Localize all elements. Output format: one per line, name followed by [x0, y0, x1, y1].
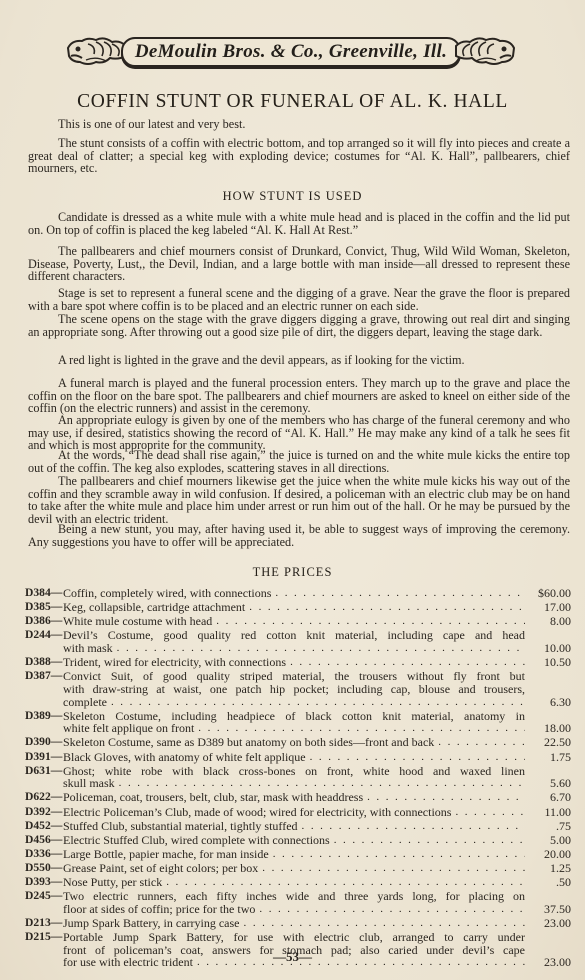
how-used-paragraph: Stage is set to represent a funeral scen… [28, 287, 570, 312]
price-item: D387—Convict Suit, of good quality strip… [25, 670, 571, 708]
dot-leader: . . . . . . . . . . . . . . . . . . . . … [310, 751, 525, 764]
price-item: D622—Policeman, coat, trousers, belt, cl… [25, 791, 571, 804]
dot-leader: . . . . . . . . . . . . . . . . . . . . … [262, 862, 525, 875]
price-item: D391—Black Gloves, with anatomy of white… [25, 751, 571, 764]
price-item: D390—Skeleton Costume, same as D389 but … [25, 736, 571, 749]
item-description: Electric Stuffed Club, wired complete wi… [63, 834, 330, 847]
intro-text: This is one of our latest and very best. [58, 117, 246, 132]
item-price: 18.00 [525, 722, 571, 735]
how-used-paragraph: The scene opens on the stage with the gr… [28, 313, 570, 338]
item-description: Jump Spark Battery, in carrying case [63, 917, 240, 930]
item-price: 6.70 [525, 791, 571, 804]
price-item: D389—Skeleton Costume, including headpie… [25, 710, 571, 735]
price-item: D456—Electric Stuffed Club, wired comple… [25, 834, 571, 847]
item-price: .50 [525, 876, 571, 889]
item-price: 10.00 [525, 642, 571, 655]
item-price: 8.00 [525, 615, 571, 628]
how-used-paragraph: The pallbearers and chief mourners likew… [28, 475, 570, 525]
item-price: 5.00 [525, 834, 571, 847]
item-description: Black Gloves, with anatomy of white felt… [63, 751, 306, 764]
dot-leader: . . . . . . . . . . . . . . . . . . . . … [166, 876, 525, 889]
price-item: D631—Ghost; white robe with black cross-… [25, 765, 571, 790]
dot-leader: . . . . . . . . . . . . . . . . . . . . … [117, 642, 525, 655]
how-used-paragraph: A funeral march is played and the funera… [28, 377, 570, 415]
item-code: D393— [25, 876, 63, 889]
item-code: D392— [25, 806, 63, 819]
item-code: D385— [25, 601, 63, 614]
item-price: 11.00 [525, 806, 571, 819]
item-code: D386— [25, 615, 63, 628]
item-description-line: Ghost; white robe with black cross-bones… [63, 765, 571, 778]
how-used-paragraph: Being a new stunt, you may, after having… [28, 523, 570, 548]
catalog-page: DeMoulin Bros. & Co., Greenville, Ill. C… [0, 0, 585, 980]
item-price: 1.25 [525, 862, 571, 875]
item-price: 22.50 [525, 736, 571, 749]
page-number: —53— [0, 949, 585, 965]
price-item: D393—Nose Putty, per stick. . . . . . . … [25, 876, 571, 889]
dot-leader: . . . . . . . . . . . . . . . . . . . . … [302, 820, 525, 833]
how-used-paragraph: At the words, “The dead shall rise again… [28, 449, 570, 474]
dot-leader: . . . . . . . . . . . . . . . . . . . . … [275, 587, 525, 600]
item-code: D213— [25, 917, 63, 930]
lion-head-ornament-icon [66, 34, 128, 68]
item-price: $60.00 [525, 587, 571, 600]
item-description: skull mask [63, 777, 115, 790]
dot-leader: . . . . . . . . . . . . . . . . . . . . … [244, 917, 525, 930]
banner-frame: DeMoulin Bros. & Co., Greenville, Ill. [121, 37, 461, 67]
price-item: D384—Coffin, completely wired, with conn… [25, 587, 571, 600]
item-price: .75 [525, 820, 571, 833]
item-description: White mule costume with head [63, 615, 212, 628]
dot-leader: . . . . . . . . . . . . . . . . . . . . … [216, 615, 525, 628]
item-price: 23.00 [525, 917, 571, 930]
dot-leader: . . . . . . . . . . . . . . . . . . . . … [259, 903, 525, 916]
page-title: COFFIN STUNT OR FUNERAL OF AL. K. HALL [0, 91, 585, 113]
price-item: D452—Stuffed Club, substantial material,… [25, 820, 571, 833]
item-description: white felt applique on front [63, 722, 194, 735]
dot-leader: . . . . . . . . . . . . . . . . . . . . … [290, 656, 525, 669]
item-price: 6.30 [525, 696, 571, 709]
item-price: 5.60 [525, 777, 571, 790]
item-description-line: Two electric runners, each fifty inches … [63, 890, 571, 903]
item-description: Electric Policeman’s Club, made of wood;… [63, 806, 451, 819]
item-code: D336— [25, 848, 63, 861]
item-description-line: Portable Jump Spark Battery, for use wit… [63, 931, 571, 944]
description-paragraph: The stunt consists of a coffin with elec… [28, 137, 570, 175]
item-description-line: Devil’s Costume, good quality red cotton… [63, 629, 571, 642]
dot-leader: . . . . . . . . . . . . . . . . . . . . … [111, 696, 525, 709]
dot-leader: . . . . . . . . . . . . . . . . . . . . … [119, 777, 525, 790]
item-price: 20.00 [525, 848, 571, 861]
item-code: D631— [25, 765, 63, 790]
price-item: D386—White mule costume with head. . . .… [25, 615, 571, 628]
item-description: Coffin, completely wired, with connectio… [63, 587, 271, 600]
how-used-paragraph: An appropriate eulogy is given by one of… [28, 414, 570, 452]
price-item: D385—Keg, collapsible, cartridge attachm… [25, 601, 571, 614]
dot-leader: . . . . . . . . . . . . . . . . . . . . … [367, 791, 525, 804]
item-description: complete [63, 696, 107, 709]
price-item: D392—Electric Policeman’s Club, made of … [25, 806, 571, 819]
item-description: with mask [63, 642, 113, 655]
item-code: D388— [25, 656, 63, 669]
item-code: D387— [25, 670, 63, 708]
dot-leader: . . . . . . . . . . . . . . . . . . . . … [334, 834, 525, 847]
dot-leader: . . . . . . . . . . . . . . . . . . . . … [273, 848, 525, 861]
item-description-line: with draw-string at waist, one patch hip… [63, 683, 571, 696]
price-item: D245—Two electric runners, each fifty in… [25, 890, 571, 915]
item-description: floor at sides of coffin; price for the … [63, 903, 255, 916]
how-used-paragraph: Candidate is dressed as a white mule wit… [28, 211, 570, 236]
price-item: D388—Trident, wired for electricity, wit… [25, 656, 571, 669]
dot-leader: . . . . . . . . . . . . . . . . . . . . … [438, 736, 525, 749]
item-code: D452— [25, 820, 63, 833]
item-description: Policeman, coat, trousers, belt, club, s… [63, 791, 363, 804]
item-code: D245— [25, 890, 63, 915]
item-description: Nose Putty, per stick [63, 876, 162, 889]
header-banner: DeMoulin Bros. & Co., Greenville, Ill. [66, 34, 516, 68]
item-description: Large Bottle, papier mache, for man insi… [63, 848, 269, 861]
dot-leader: . . . . . . . . . . . . . . . . . . . . … [455, 806, 525, 819]
item-description: Keg, collapsible, cartridge attachment [63, 601, 245, 614]
item-code: D391— [25, 751, 63, 764]
price-list: D384—Coffin, completely wired, with conn… [25, 587, 571, 971]
item-code: D456— [25, 834, 63, 847]
item-code: D550— [25, 862, 63, 875]
item-description-line: Convict Suit, of good quality striped ma… [63, 670, 571, 683]
price-item: D550—Grease Paint, set of eight colors; … [25, 862, 571, 875]
item-code: D384— [25, 587, 63, 600]
dot-leader: . . . . . . . . . . . . . . . . . . . . … [249, 601, 525, 614]
price-item: D336—Large Bottle, papier mache, for man… [25, 848, 571, 861]
price-item: D213—Jump Spark Battery, in carrying cas… [25, 917, 571, 930]
item-code: D244— [25, 629, 63, 654]
lion-head-ornament-icon [454, 34, 516, 68]
item-code: D389— [25, 710, 63, 735]
how-used-paragraph: A red light is lighted in the grave and … [28, 354, 570, 367]
company-name: DeMoulin Bros. & Co., Greenville, Ill. [135, 41, 447, 63]
item-description: Grease Paint, set of eight colors; per b… [63, 862, 258, 875]
how-used-paragraph: The pallbearers and chief mourners consi… [28, 245, 570, 283]
price-item: D244—Devil’s Costume, good quality red c… [25, 629, 571, 654]
item-price: 17.00 [525, 601, 571, 614]
item-description: Trident, wired for electricity, with con… [63, 656, 286, 669]
item-code: D390— [25, 736, 63, 749]
item-description: Skeleton Costume, same as D389 but anato… [63, 736, 434, 749]
section-heading-how-used: HOW STUNT IS USED [0, 189, 585, 204]
item-price: 37.50 [525, 903, 571, 916]
item-description: Stuffed Club, substantial material, tigh… [63, 820, 298, 833]
item-price: 10.50 [525, 656, 571, 669]
item-price: 1.75 [525, 751, 571, 764]
item-code: D622— [25, 791, 63, 804]
dot-leader: . . . . . . . . . . . . . . . . . . . . … [198, 722, 525, 735]
section-heading-prices: THE PRICES [0, 565, 585, 580]
